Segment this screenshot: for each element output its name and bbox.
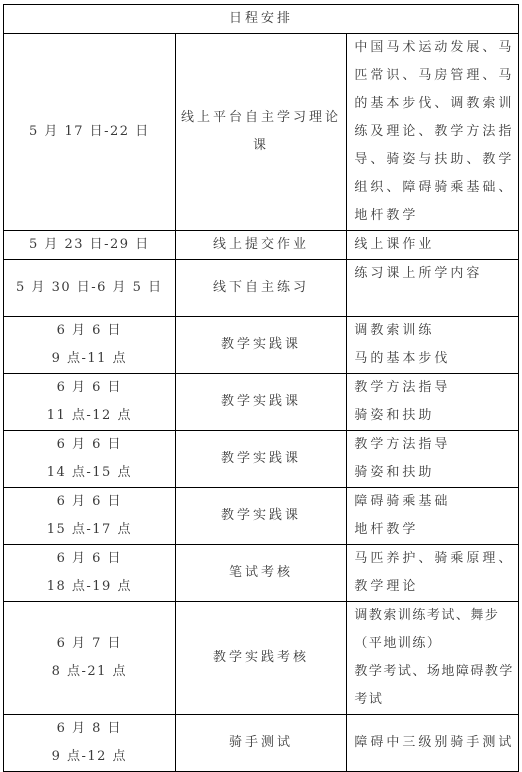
date-text: 5 月 17 日-22 日 [4, 118, 175, 146]
table-row: 6 月 6 日 9 点-11 点 教学实践课 调教索训练 马的基本步伐 [4, 317, 519, 374]
type-cell: 教学实践课 [175, 317, 347, 374]
schedule-table: 日程安排 5 月 17 日-22 日 线上平台自主学习理论课 中国马术运动发展、… [3, 4, 519, 659]
table-row: 6 月 7 日 8 点-21 点 教学实践考核 调教索训练考试、舞步（平地训练）… [4, 602, 519, 660]
date-cell: 5 月 23 日-29 日 [4, 231, 176, 260]
content-line: 马匹养护、骑乘原理、教学理论 [354, 545, 516, 601]
date-time: 11 点-12 点 [4, 402, 175, 430]
type-cell: 线上平台自主学习理论课 [175, 34, 347, 231]
date-time: 9 点-11 点 [4, 345, 175, 373]
content-line: 教学方法指导 [354, 374, 516, 402]
date-day: 6 月 7 日 [4, 630, 175, 658]
content-cell: 练习课上所学内容 [347, 260, 519, 317]
date-time: 15 点-17 点 [4, 516, 175, 544]
date-cell: 6 月 6 日 18 点-19 点 [4, 545, 176, 602]
date-day: 6 月 6 日 [4, 545, 175, 573]
type-cell: 教学实践考核 [175, 602, 347, 660]
table-row: 6 月 6 日 18 点-19 点 笔试考核 马匹养护、骑乘原理、教学理论 [4, 545, 519, 602]
content-line: 骑姿和扶助 [354, 459, 516, 487]
type-cell: 教学实践课 [175, 431, 347, 488]
content-line: 障碍骑乘基础 [354, 488, 516, 516]
type-cell: 教学实践课 [175, 374, 347, 431]
date-cell: 5 月 30 日-6 月 5 日 [4, 260, 176, 317]
date-day: 6 月 6 日 [4, 317, 175, 345]
type-cell: 线下自主练习 [175, 260, 347, 317]
content-text: 线上课作业 [354, 231, 516, 259]
date-time: 14 点-15 点 [4, 459, 175, 487]
date-text: 5 月 23 日-29 日 [4, 231, 175, 259]
content-text: 练习课上所学内容 [354, 260, 516, 288]
date-day: 6 月 6 日 [4, 431, 175, 459]
content-cell: 线上课作业 [347, 231, 519, 260]
table-row: 5 月 30 日-6 月 5 日 线下自主练习 练习课上所学内容 [4, 260, 519, 317]
content-line: 调教索训练 [354, 317, 516, 345]
table-row: 6 月 6 日 11 点-12 点 教学实践课 教学方法指导 骑姿和扶助 [4, 374, 519, 431]
date-cell: 5 月 17 日-22 日 [4, 34, 176, 231]
table-title: 日程安排 [4, 5, 519, 34]
content-cell: 障碍骑乘基础 地杆教学 [347, 488, 519, 545]
content-cell: 教学方法指导 骑姿和扶助 [347, 374, 519, 431]
date-time: 18 点-19 点 [4, 573, 175, 601]
date-text: 5 月 30 日-6 月 5 日 [4, 274, 175, 302]
table-header-row: 日程安排 [4, 5, 519, 34]
content-line: 骑姿和扶助 [354, 402, 516, 430]
content-line: 教学方法指导 [354, 431, 516, 459]
content-line: 马的基本步伐 [354, 345, 516, 373]
content-text: 中国马术运动发展、马匹常识、马房管理、马的基本步伐、调教索训练及理论、教学方法指… [354, 34, 516, 230]
table-row: 6 月 6 日 15 点-17 点 教学实践课 障碍骑乘基础 地杆教学 [4, 488, 519, 545]
date-cell: 6 月 6 日 9 点-11 点 [4, 317, 176, 374]
date-cell: 6 月 7 日 8 点-21 点 [4, 602, 176, 660]
content-cell: 调教索训练考试、舞步（平地训练） 教学考试、场地障碍教学考试 [347, 602, 519, 660]
date-cell: 6 月 6 日 11 点-12 点 [4, 374, 176, 431]
content-cell: 中国马术运动发展、马匹常识、马房管理、马的基本步伐、调教索训练及理论、教学方法指… [347, 34, 519, 231]
type-cell: 笔试考核 [175, 545, 347, 602]
date-cell: 6 月 6 日 15 点-17 点 [4, 488, 176, 545]
table-row: 5 月 17 日-22 日 线上平台自主学习理论课 中国马术运动发展、马匹常识、… [4, 34, 519, 231]
table-row: 5 月 23 日-29 日 线上提交作业 线上课作业 [4, 231, 519, 260]
date-cell: 6 月 6 日 14 点-15 点 [4, 431, 176, 488]
content-line: 地杆教学 [354, 516, 516, 544]
content-cell: 调教索训练 马的基本步伐 [347, 317, 519, 374]
content-cell: 马匹养护、骑乘原理、教学理论 [347, 545, 519, 602]
date-day: 6 月 6 日 [4, 374, 175, 402]
type-cell: 教学实践课 [175, 488, 347, 545]
content-cell: 教学方法指导 骑姿和扶助 [347, 431, 519, 488]
type-cell: 线上提交作业 [175, 231, 347, 260]
content-line: 调教索训练考试、舞步（平地训练） [354, 602, 516, 658]
date-day: 6 月 6 日 [4, 488, 175, 516]
table-row: 6 月 6 日 14 点-15 点 教学实践课 教学方法指导 骑姿和扶助 [4, 431, 519, 488]
